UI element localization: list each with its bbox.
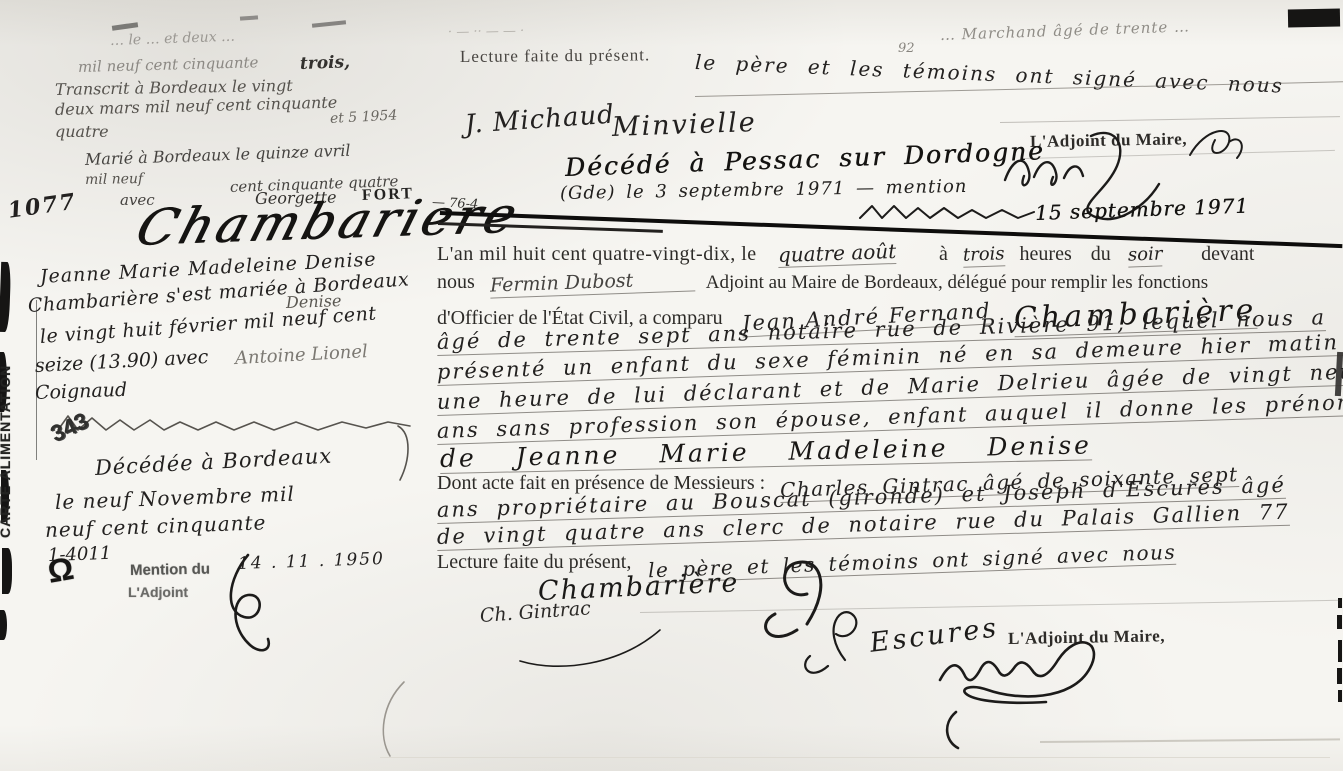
death1950-line3: neuf cent cinquante [45,512,267,540]
scan-speck [240,15,258,20]
act-l1-print-c: heures [1020,243,1072,265]
act-number: 1077 [6,190,78,221]
illegible-overwrite-scribble [860,198,1040,230]
faint-pencil-loop [374,680,418,762]
act-line-2: nous Fermin Dubost Adjoint au Maire de B… [437,272,1208,295]
act-l1-hw-soir: soir [1127,245,1162,267]
mention-du-stamp: Mention du [130,562,210,578]
scan-black-bar [1288,9,1340,28]
signature-tail-gintrac [500,625,680,675]
stamp-mark: Ω [45,552,76,588]
scan-fold-line [380,757,1330,758]
act-l1-print-a: L'an mil huit cent quatre-vingt-dix, le [437,243,757,265]
act-l1-print-e: devant [1201,243,1254,265]
transcription-line4: deux mars mil neuf cent cinquante [55,95,338,118]
top-number-fragment: 92 [898,42,915,55]
transcription-date-note: et 5 1954 [330,108,398,126]
act-l2-print-b: Adjoint au Maire de Bordeaux, délégué po… [706,272,1208,293]
marriage1916-groom: Antoine Lionel [235,343,369,368]
scan-speck [312,20,346,28]
scan-edge-mark [1337,668,1342,684]
act-l1-print-b: à [939,243,948,265]
act-l1-print-d: du [1091,243,1111,265]
form-rule [1000,116,1340,123]
adjoint-stamp: L'Adjoint [128,585,188,599]
signature-gintrac: Ch. Gintrac [479,599,591,626]
transcription-word-trois: trois, [300,54,351,73]
scan-fold-line [1040,738,1340,743]
marriage1916-line4: seize (13.90) avec [35,348,209,376]
act-l12-print: Lecture faite du présent, [437,551,631,573]
transcription-faint-line: … le … et deux … [110,30,236,48]
act-l2-hw-officer: Fermin Dubost [489,269,695,298]
death1950-line2: le neuf Novembre mil [55,484,295,512]
transcription-line2: mil neuf cent cinquante [78,55,259,75]
top-faint-fragment: … Marchand âgé de trente … [940,19,1190,43]
act-l2-print-a: nous [437,271,475,293]
official-paraph-flourish [210,550,290,675]
ration-card-stamp: CARTE ALIMENTATION [0,298,12,538]
scan-edge-mark [1337,615,1342,629]
torn-edge [2,548,12,594]
marriage1954-line1: Marié à Bordeaux le quinze avril [85,143,351,168]
scan-page: … le … et deux … mil neuf cent cinquante… [0,0,1343,771]
act-l1-hw-date: quatre août [777,241,896,268]
signature-minvielle: Minvielle [612,109,758,141]
marriage1954-line2: mil neuf [85,172,143,187]
scan-edge-mark [1338,640,1342,662]
top-smudge: · — ·· — — · [448,25,524,39]
death1971-line1: Décédé à Pessac sur Dordogne [565,138,1046,180]
scan-edge-mark [1338,690,1342,702]
marriage1916-line5: Coignaud [35,381,128,403]
adjoint-signature-flourish-bottom [928,648,1208,738]
act-l1-hw-hour: trois [963,245,1005,267]
stamp-border-line [36,300,37,460]
transcription-line5: quatre [55,124,109,140]
top-reading-printed: Lecture faite du présent. [460,46,650,65]
scan-speck [112,22,138,31]
act-line-1: L'an mil huit cent quatre-vingt-dix, le … [437,243,1254,267]
signature-michaud: J. Michaud [464,102,616,138]
torn-edge [0,610,7,640]
